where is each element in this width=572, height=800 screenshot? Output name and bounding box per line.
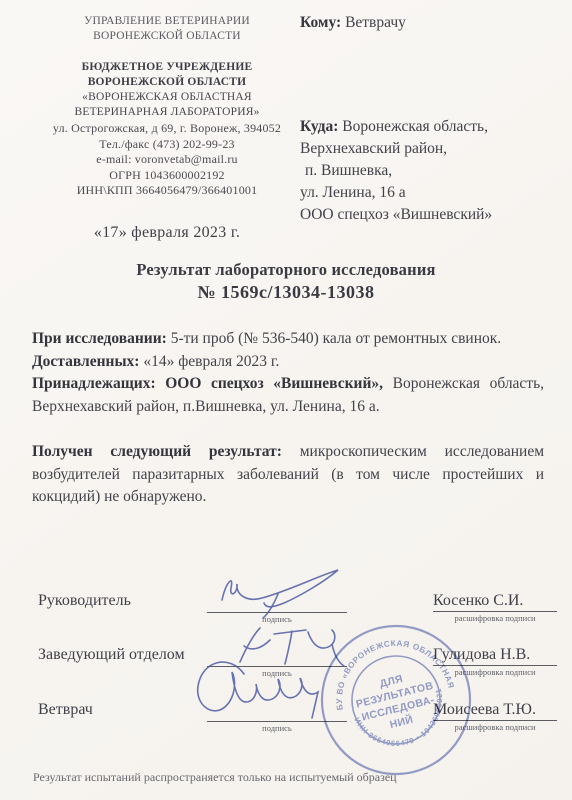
organization-name-bold: БЮДЖЕТНОЕ УЧРЕЖДЕНИЕ ВОРОНЕЖСКОЙ ОБЛАСТИ	[28, 60, 306, 90]
signature-caption: подпись	[207, 614, 347, 624]
document-date: «17» февраля 2023 г.	[28, 225, 306, 240]
recipient-block: Кому: Ветврачу Куда: Воронежская область…	[300, 12, 556, 226]
where-line: Верхнехавский район,	[300, 138, 556, 160]
recipient-address: Куда: Воронежская область, Верхнехавский…	[300, 116, 556, 226]
signer-role: Заведующий отделом	[38, 646, 185, 664]
title-number: № 1569с/13034-13038	[0, 282, 572, 303]
signature-row-director: Руководитель подпись Косенко С.И. расшиф…	[0, 592, 572, 642]
paragraph-value: «14» февраля 2023 г.	[143, 353, 279, 370]
org-line: ВОРОНЕЖСКОЙ ОБЛАСТИ	[28, 75, 306, 90]
paragraph-label: Доставленных:	[32, 353, 139, 370]
body-text: При исследовании: 5-ти проб (№ 536-540) …	[32, 328, 544, 509]
org-line: «ВОРОНЕЖСКАЯ ОБЛАСТНАЯ	[28, 90, 306, 105]
to-label: Кому:	[300, 14, 341, 31]
paragraph-result: Получен следующий результат: микроскопич…	[32, 441, 544, 509]
org-line: ВЕТЕРИНАРНАЯ ЛАБОРАТОРИЯ»	[28, 105, 306, 120]
paragraph-owner: Принадлежащих: ООО спецхоз «Вишневский»,…	[32, 373, 544, 418]
title-line: Результат лабораторного исследования	[0, 260, 572, 280]
where-line: п. Вишневка,	[300, 160, 556, 182]
ogrn-line: ОГРН 1043600002192	[28, 168, 306, 184]
inn-kpp-line: ИНН\КПП 3664056479/366401001	[28, 183, 306, 199]
document-title: Результат лабораторного исследования № 1…	[0, 260, 572, 303]
paragraph-value: 5-ти проб (№ 536-540) кала от ремонтных …	[171, 330, 501, 347]
paragraph-delivered: Доставленных: «14» февраля 2023 г.	[32, 351, 544, 374]
where-label: Куда:	[300, 118, 338, 135]
department-name: УПРАВЛЕНИЕ ВЕТЕРИНАРИИ ВОРОНЕЖСКОЙ ОБЛАС…	[28, 14, 306, 44]
paragraph-label: Принадлежащих:	[32, 375, 156, 392]
email-line: e-mail: voronvetab@mail.ru	[28, 152, 306, 168]
paragraph-label: Получен следующий результат:	[32, 443, 282, 460]
paragraph-samples: При исследовании: 5-ти проб (№ 536-540) …	[32, 328, 544, 351]
department-line: УПРАВЛЕНИЕ ВЕТЕРИНАРИИ	[28, 14, 306, 29]
signer-role: Ветврач	[38, 701, 93, 719]
paragraph-label: При исследовании:	[32, 330, 167, 347]
address-line: ул. Острогожская, д 69, г. Воронеж, 3940…	[28, 121, 306, 137]
signature-row-head-of-department: Заведующий отделом подпись Гулидова Н.В.…	[0, 646, 572, 696]
signer-role: Руководитель	[38, 592, 131, 610]
scanned-lab-result-document: УПРАВЛЕНИЕ ВЕТЕРИНАРИИ ВОРОНЕЖСКОЙ ОБЛАС…	[0, 0, 572, 800]
org-line: БЮДЖЕТНОЕ УЧРЕЖДЕНИЕ	[28, 60, 306, 75]
department-line: ВОРОНЕЖСКОЙ ОБЛАСТИ	[28, 29, 306, 44]
where-value: Воронежская область,	[342, 118, 488, 135]
footer-disclaimer: Результат испытаний распространяется тол…	[33, 770, 397, 785]
to-value: Ветврачу	[345, 14, 406, 31]
owner-name: ООО спецхоз «Вишневский»,	[165, 375, 383, 392]
signature-line	[207, 612, 347, 613]
organization-name-quoted: «ВОРОНЕЖСКАЯ ОБЛАСТНАЯ ВЕТЕРИНАРНАЯ ЛАБО…	[28, 90, 306, 120]
recipient-to: Кому: Ветврачу	[300, 12, 556, 34]
phone-line: Тел./факс (473) 202-99-23	[28, 137, 306, 153]
letterhead: УПРАВЛЕНИЕ ВЕТЕРИНАРИИ ВОРОНЕЖСКОЙ ОБЛАС…	[28, 14, 306, 240]
where-line: ООО спецхоз «Вишневский»	[300, 204, 556, 226]
where-line: ул. Ленина, 16 а	[300, 182, 556, 204]
contact-block: ул. Острогожская, д 69, г. Воронеж, 3940…	[28, 121, 306, 199]
